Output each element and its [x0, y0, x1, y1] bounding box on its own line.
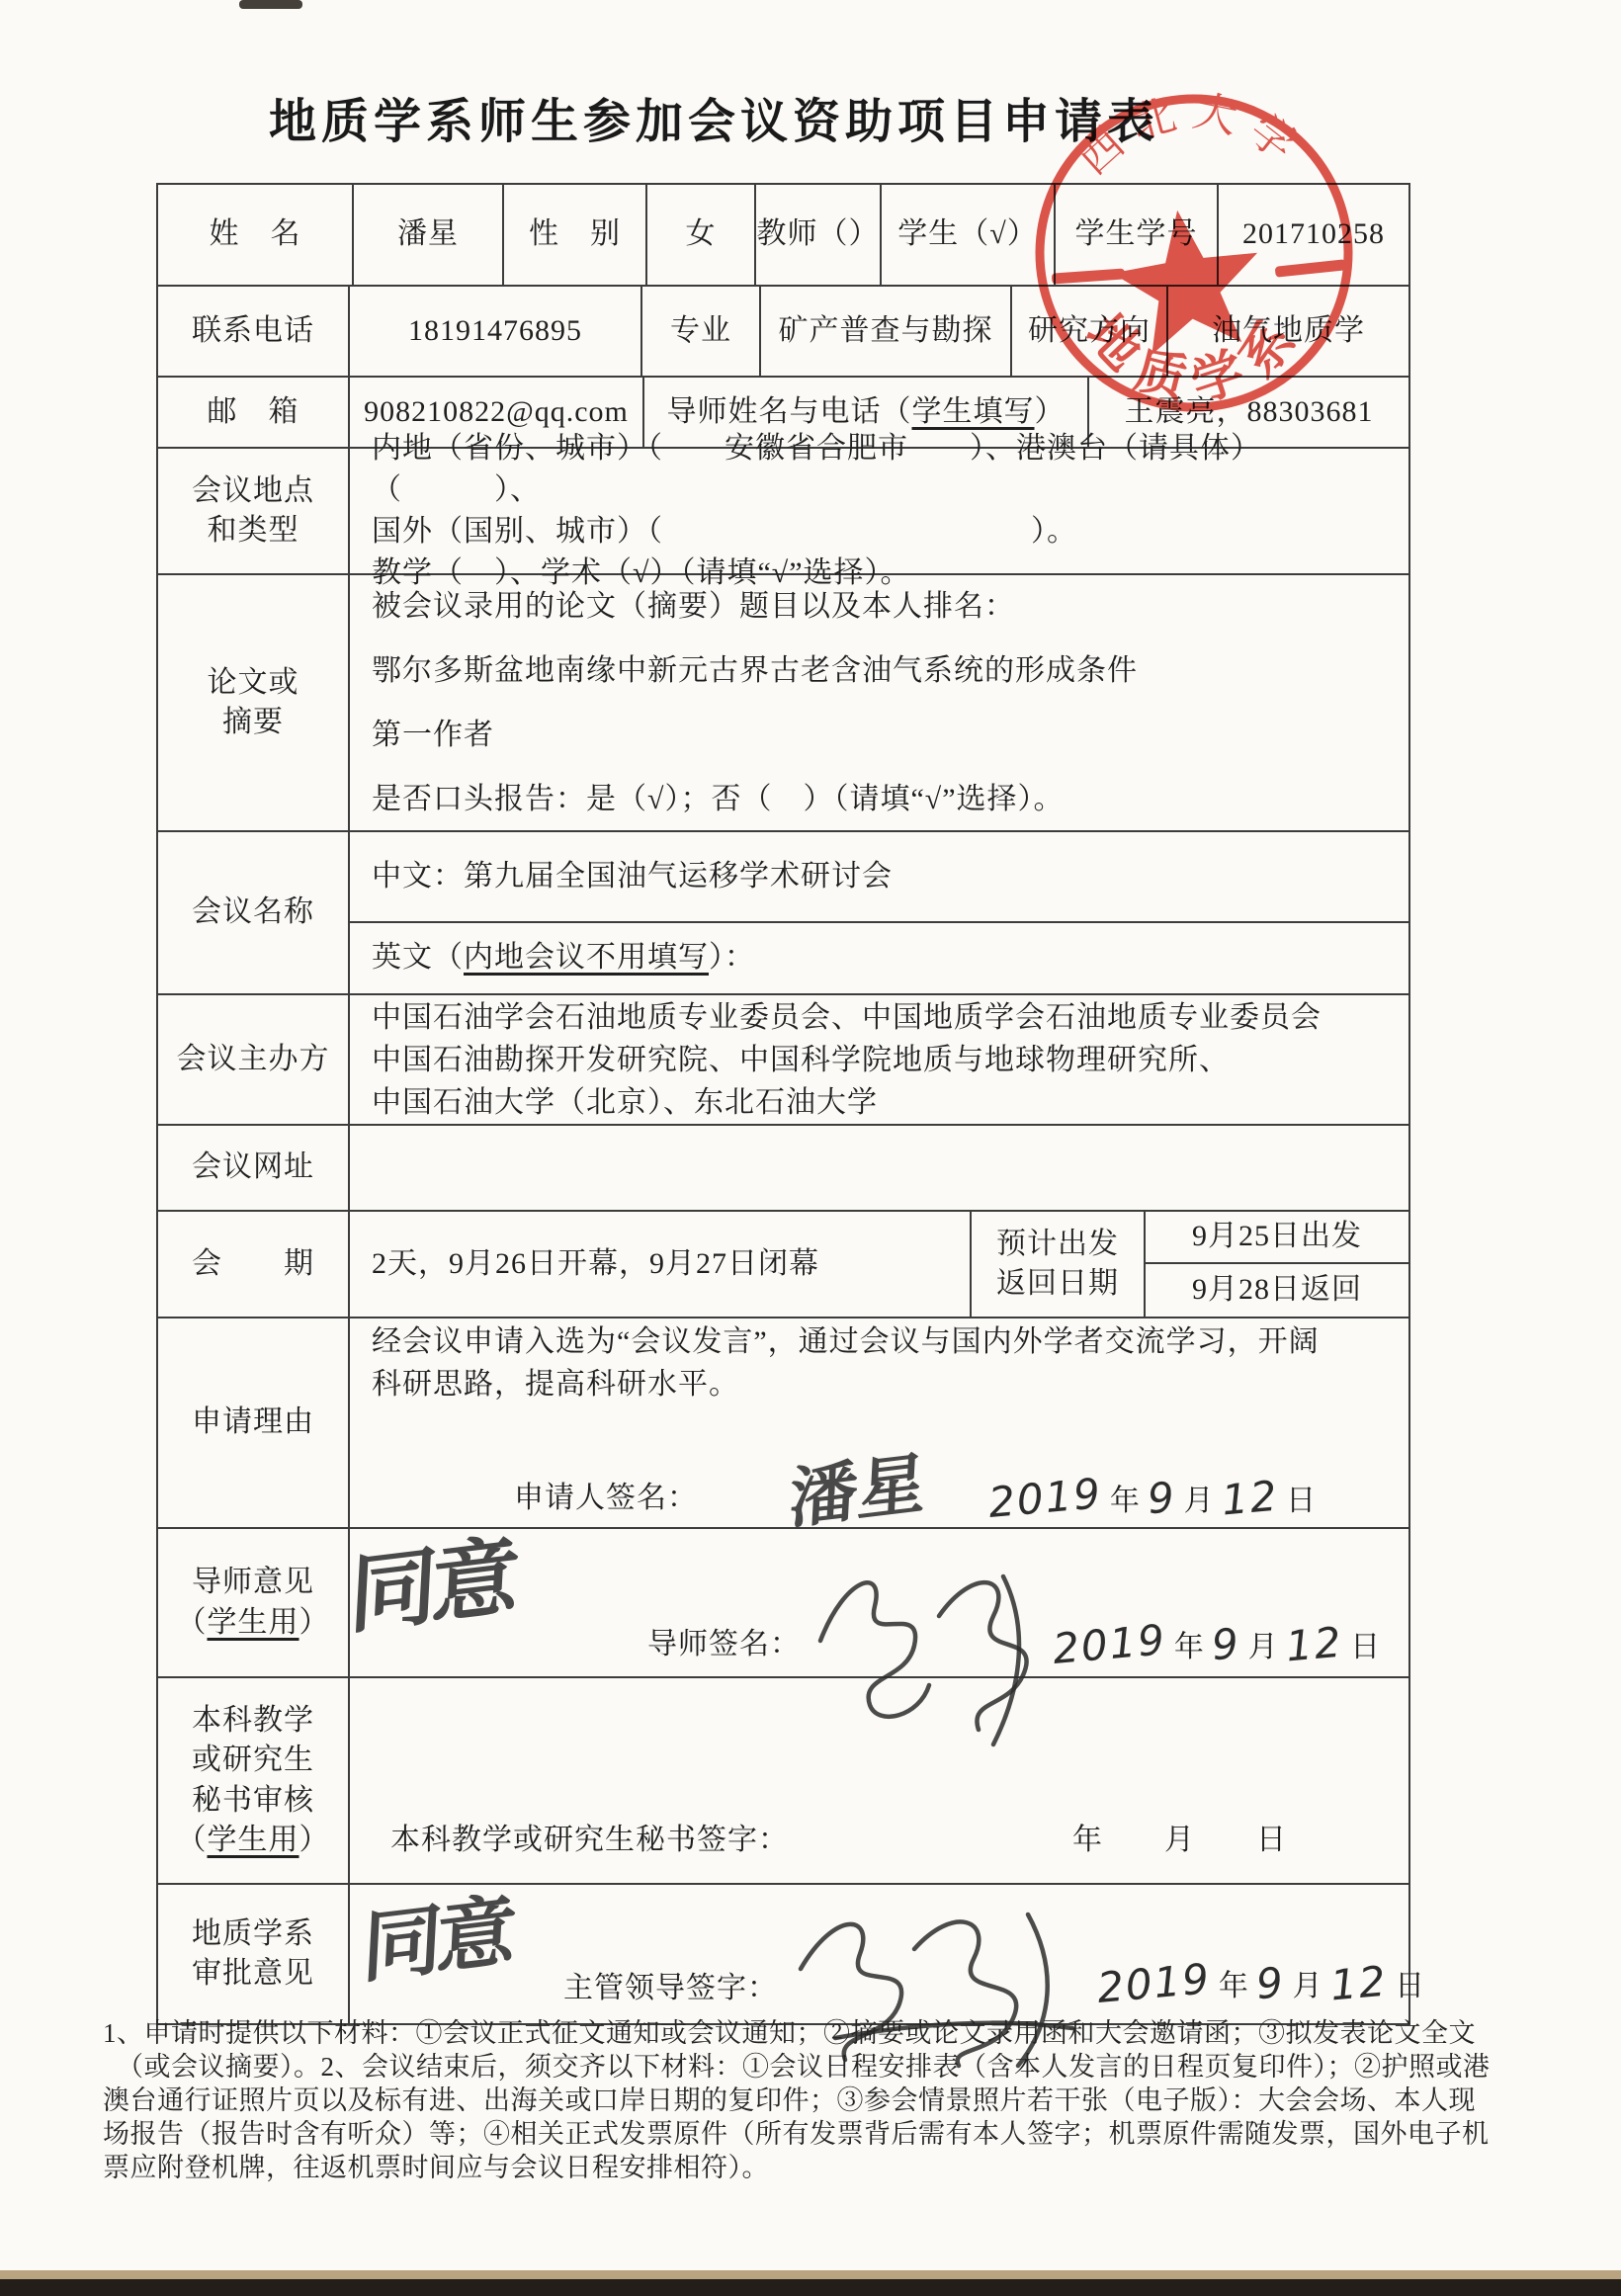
- label-line: 会议地点: [192, 471, 314, 512]
- applicant-date-handwritten: 2019年 9月 12日: [988, 1470, 1323, 1525]
- seal-left-bar: [1052, 268, 1126, 284]
- scan-artifact: [239, 0, 302, 9]
- phone-value: 18191476895: [350, 287, 642, 378]
- email-label: 邮 箱: [158, 378, 350, 449]
- scan-edge-dark: [0, 2279, 1621, 2296]
- duration-label: 会 期: [158, 1212, 350, 1318]
- secretary-sign-row: 本科教学或研究生秘书签字：: [390, 1809, 789, 1864]
- teacher-option: 教师（）: [756, 185, 882, 287]
- footer-notes: 1、申请时提供以下材料：①会议正式征文通知或会议通知；②摘要或论文录用函和大会邀…: [103, 2016, 1491, 2184]
- leader-date-handwritten: 2019年 9月 12日: [1097, 1955, 1432, 2010]
- label-line: 或研究生: [192, 1741, 314, 1781]
- en-suffix: ）：: [709, 938, 755, 978]
- advisor-approval-handwritten: 同意: [347, 1507, 518, 1651]
- duration-value: 2天，9月26日开幕，9月27日闭幕: [350, 1212, 972, 1318]
- depart-return-dates: 9月25日出发 9月28日返回: [1146, 1212, 1408, 1318]
- phone-label: 联系电话: [158, 287, 350, 378]
- leader-sign-row: 主管领导签字：: [563, 1957, 778, 2012]
- applicant-signature-handwritten: 潘星: [787, 1430, 928, 1542]
- organizer-line: 中国石油大学（北京）、东北石油大学: [372, 1081, 1408, 1124]
- table-row: 论文或 摘要 被会议录用的论文（摘要）题目以及本人排名： 鄂尔多斯盆地南缘中新元…: [158, 575, 1408, 832]
- table-row: 会议网址: [158, 1126, 1408, 1212]
- leader-sign-label: 主管领导签字：: [563, 1963, 778, 2006]
- note-line: 澳台通行证照片页以及标有进、出海关或口岸日期的复印件；③参会情景照片若干张（电子…: [103, 2083, 1491, 2117]
- advisor-signature-scribble: [791, 1547, 1067, 1754]
- major-value: 矿产普查与勘探: [761, 287, 1012, 378]
- en-prefix: 英文（: [372, 938, 464, 978]
- table-row: 会议地点 和类型 内地（省份、城市）（ 安徽省合肥市 ）、港澳台（请具体）（ ）…: [158, 449, 1408, 575]
- advisor-sign-label: 导师签名：: [647, 1619, 801, 1662]
- gender-label: 性 别: [504, 185, 647, 287]
- depart-return-label: 预计出发 返回日期: [972, 1212, 1146, 1318]
- organizer-label: 会议主办方: [158, 995, 350, 1126]
- paper-abstract-label: 论文或 摘要: [158, 575, 350, 832]
- note-line: 票应附登机牌，往返机票时间应与会议日程安排相符）。: [103, 2151, 1491, 2184]
- paper-title-prompt: 被会议录用的论文（摘要）题目以及本人排名：: [372, 574, 1408, 638]
- name-label: 姓 名: [158, 185, 354, 287]
- conference-name-cn: 中文：第九届全国油气运移学术研讨会: [350, 832, 1408, 923]
- major-label: 专业: [642, 287, 761, 378]
- conference-name-en: 英文（内地会议不用填写）：: [350, 923, 1408, 993]
- author-rank-value: 第一作者: [372, 703, 1408, 767]
- advisor-date-handwritten: 2019年 9月 12日: [1053, 1616, 1388, 1671]
- applicant-sign-label: 申请人签名：: [514, 1473, 698, 1516]
- paper-title-value: 鄂尔多斯盆地南缘中新元古界古老含油气系统的形成条件: [372, 638, 1408, 703]
- advisor-label-prefix: 导师姓名与电话（: [667, 392, 912, 433]
- label-line: 论文或: [208, 663, 299, 704]
- secretary-review-label: 本科教学 或研究生 秘书审核 （学生用）: [158, 1678, 350, 1885]
- label-line: 预计出发: [996, 1225, 1119, 1265]
- table-row: 会议主办方 中国石油学会石油地质专业委员会、中国地质学会石油地质专业委员会 中国…: [158, 995, 1408, 1126]
- return-date: 9月28日返回: [1146, 1264, 1408, 1317]
- organizer-content: 中国石油学会石油地质专业委员会、中国地质学会石油地质专业委员会 中国石油勘探开发…: [350, 995, 1408, 1126]
- red-department-seal: 西北大学 地质学系: [1010, 77, 1396, 453]
- reason-line: 科研思路，提高科研水平。: [372, 1363, 1408, 1405]
- reason-line: 经会议申请入选为“会议发言”，通过会议与国内外学者交流学习，开阔: [372, 1320, 1408, 1363]
- scanned-application-form: 地质学系师生参加会议资助项目申请表 姓 名 潘星 性 别 女 教师（） 学生（√…: [0, 0, 1621, 2296]
- label-line: 秘书审核: [192, 1781, 314, 1822]
- gender-value: 女: [647, 185, 756, 287]
- secretary-date-blank: 年 月 日: [1072, 1809, 1287, 1864]
- label-line: 审批意见: [192, 1954, 314, 1995]
- advisor-opinion-label: 导师意见 （学生用）: [158, 1529, 350, 1678]
- label-line: （学生用）: [177, 1821, 330, 1861]
- name-value: 潘星: [354, 185, 504, 287]
- table-row: 会 期 2天，9月26日开幕，9月27日闭幕 预计出发 返回日期 9月25日出发…: [158, 1212, 1408, 1318]
- venue-type-label: 会议地点 和类型: [158, 449, 350, 575]
- table-row: 会议名称 中文：第九届全国油气运移学术研讨会 英文（内地会议不用填写）：: [158, 832, 1408, 995]
- application-reason-label: 申请理由: [158, 1318, 350, 1529]
- label-line: 导师意见: [192, 1563, 314, 1603]
- note-line: 场报告（报告时含有听众）等；④相关正式发票原件（所有发票背后需有本人签字；机票原…: [103, 2117, 1491, 2151]
- label-line: 地质学系: [192, 1914, 314, 1955]
- seal-right-bar: [1275, 259, 1347, 277]
- website-value: [350, 1126, 1408, 1212]
- venue-type-content: 内地（省份、城市）（ 安徽省合肥市 ）、港澳台（请具体）（ ）、 国外（国别、城…: [350, 449, 1408, 575]
- secretary-sign-label: 本科教学或研究生秘书签字：: [390, 1815, 789, 1858]
- venue-line-abroad: 国外（国别、城市）（ ）。: [372, 511, 1408, 553]
- department-approval-handwritten: 同意: [360, 1867, 514, 1998]
- label-line: （学生用）: [177, 1603, 330, 1644]
- department-approval-label: 地质学系 审批意见: [158, 1885, 350, 2023]
- note-line: （或会议摘要）。2、会议结束后，须交齐以下材料：①会议日程安排表（含本人发言的日…: [103, 2050, 1491, 2083]
- label-line: 本科教学: [192, 1701, 314, 1742]
- note-line: 1、申请时提供以下材料：①会议正式征文通知或会议通知；②摘要或论文录用函和大会邀…: [103, 2016, 1491, 2050]
- label-line: 和类型: [208, 511, 299, 552]
- applicant-sign-row: 申请人签名：: [514, 1465, 698, 1524]
- oral-report-line: 是否口头报告：是（√）；否（ ）（请填“√”选择）。: [372, 767, 1408, 831]
- label-line: 返回日期: [996, 1264, 1119, 1305]
- label-line: 摘要: [222, 703, 284, 743]
- en-underlined: 内地会议不用填写: [464, 938, 709, 978]
- website-label: 会议网址: [158, 1126, 350, 1212]
- application-table: 姓 名 潘星 性 别 女 教师（） 学生（√） 学生学号 201710258 联…: [156, 183, 1410, 2025]
- paper-abstract-content: 被会议录用的论文（摘要）题目以及本人排名： 鄂尔多斯盆地南缘中新元古界古老含油气…: [350, 575, 1408, 832]
- organizer-line: 中国石油学会石油地质专业委员会、中国地质学会石油地质专业委员会: [372, 996, 1408, 1039]
- advisor-sign-row: 导师签名：: [647, 1611, 801, 1670]
- conference-name-label: 会议名称: [158, 832, 350, 995]
- organizer-line: 中国石油勘探开发研究院、中国科学院地质与地球物理研究所、: [372, 1039, 1408, 1081]
- depart-date: 9月25日出发: [1146, 1212, 1408, 1264]
- conference-name-content: 中文：第九届全国油气运移学术研讨会 英文（内地会议不用填写）：: [350, 832, 1408, 995]
